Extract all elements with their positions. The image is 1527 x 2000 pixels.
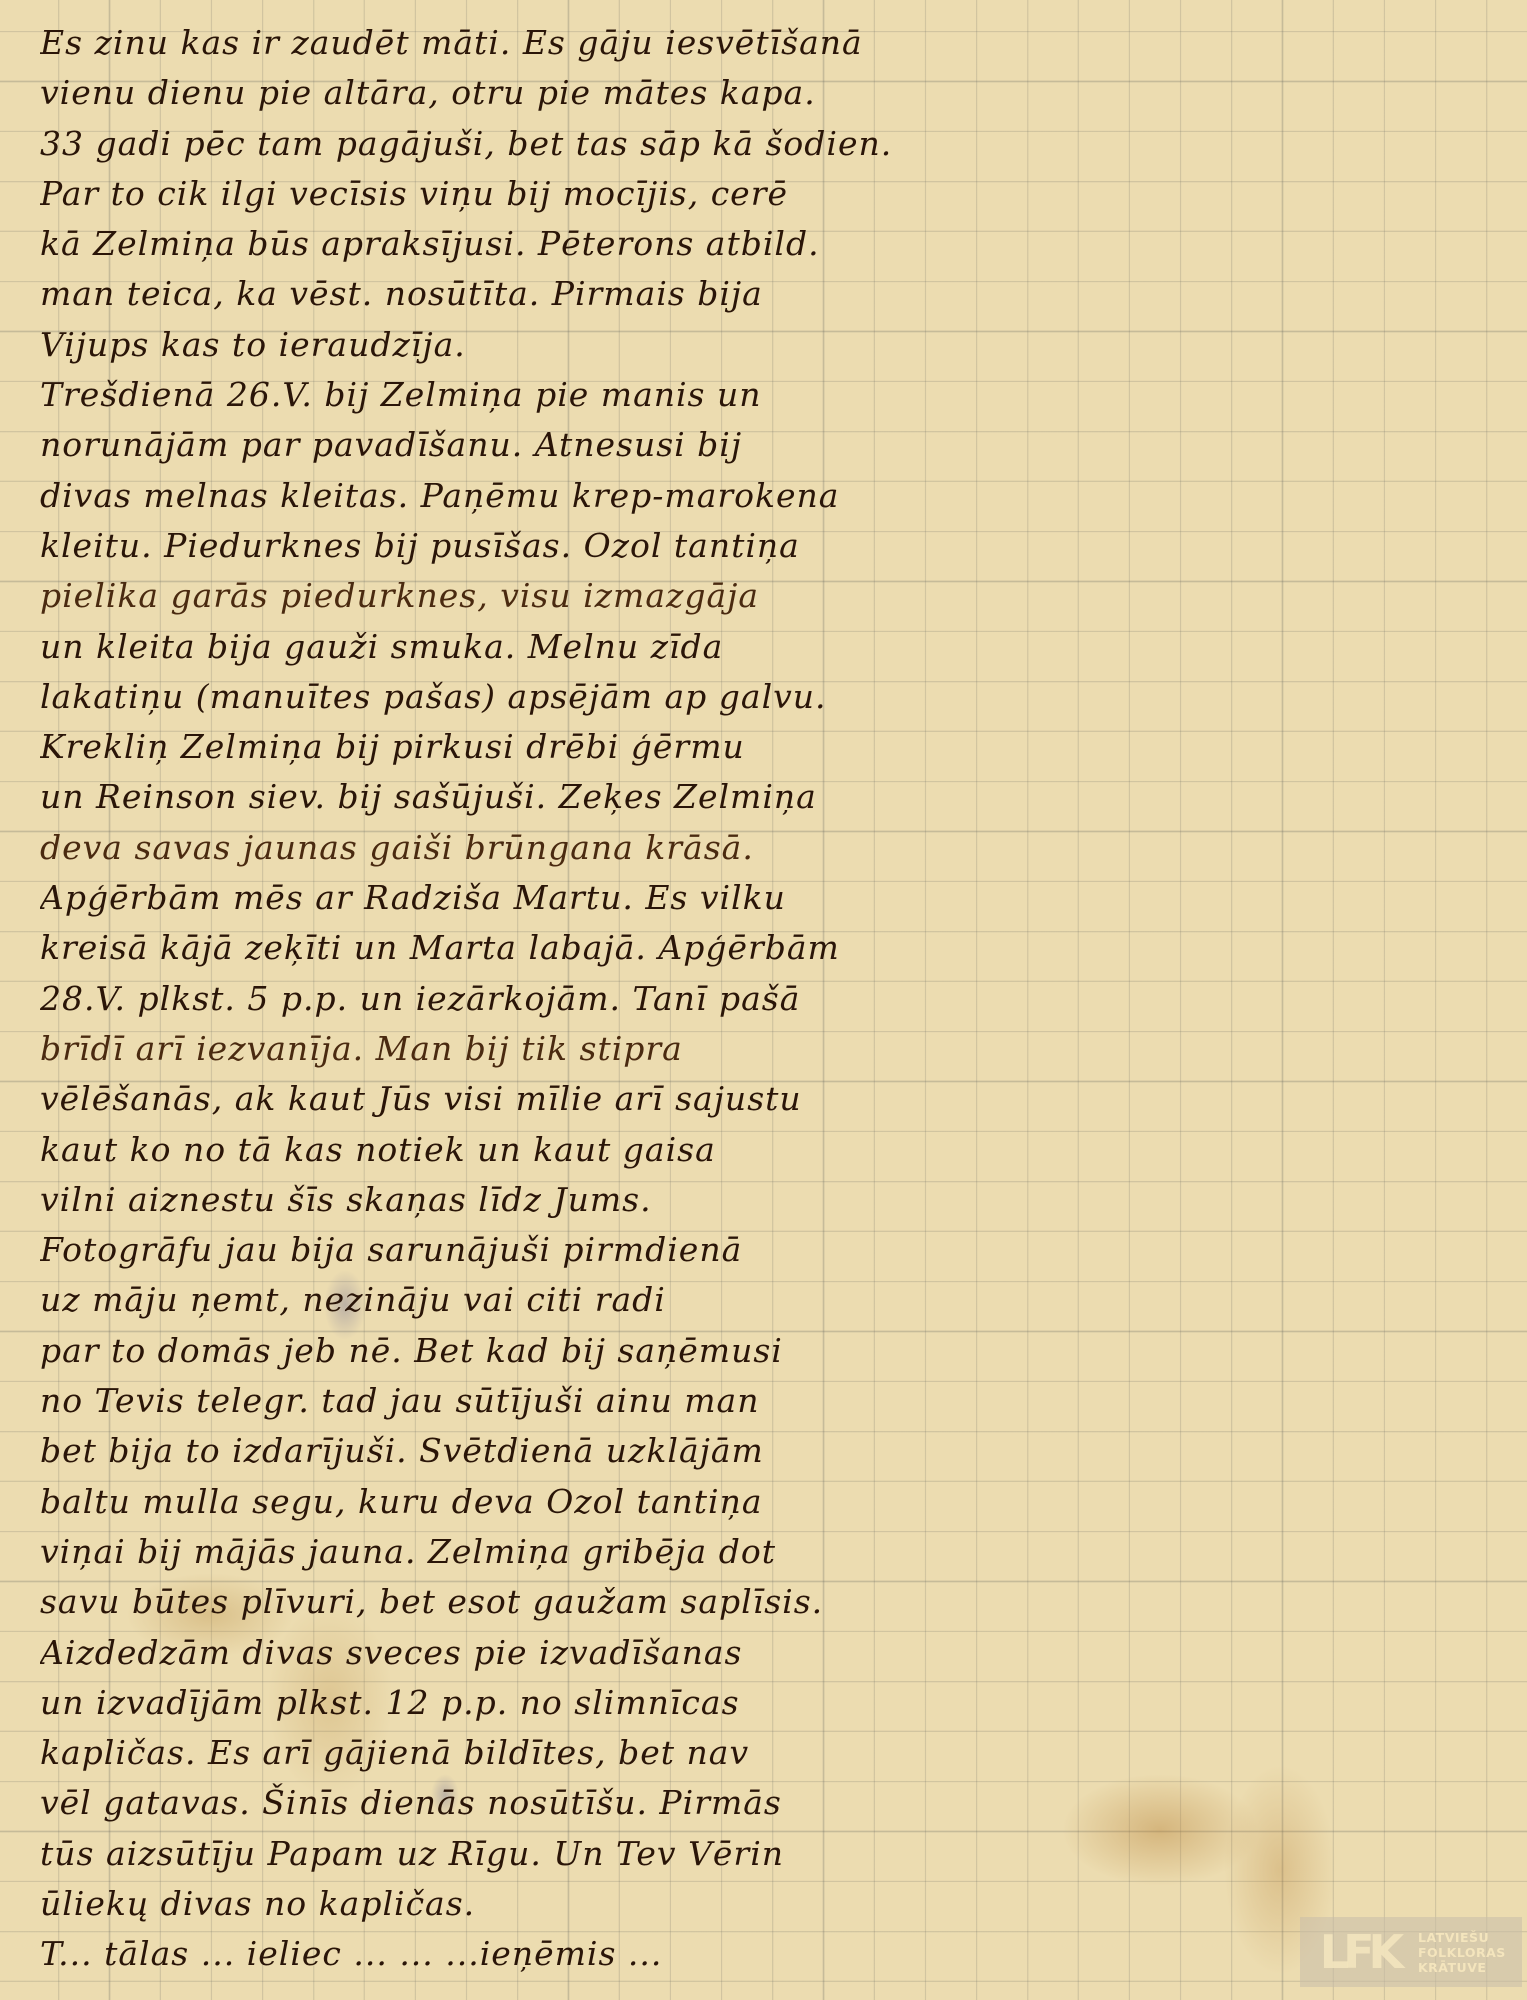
- text-line: savu būtes plīvuri, bet esot gaužam sapl…: [40, 1577, 1507, 1627]
- text-line: Krekliņ Zelmiņa bij pirkusi drēbi ģērmu: [40, 722, 1507, 772]
- handwritten-letter: Es zinu kas ir zaudēt māti. Es gāju iesv…: [40, 18, 1507, 1980]
- text-line: uz māju ņemt, nezināju vai citi radi: [40, 1275, 1507, 1325]
- text-line: 33 gadi pēc tam pagājuši, bet tas sāp kā…: [40, 119, 1507, 169]
- text-line: bet bija to izdarījuši. Svētdienā uzklāj…: [40, 1426, 1507, 1476]
- text-line: Aizdedzām divas sveces pie izvadīšanas: [40, 1628, 1507, 1678]
- text-line: man teica, ka vēst. nosūtīta. Pirmais bi…: [40, 269, 1507, 319]
- text-line: ūliekų divas no kapličas.: [40, 1879, 1507, 1929]
- text-line: tūs aizsūtīju Papam uz Rīgu. Un Tev Vēri…: [40, 1829, 1507, 1879]
- text-line: vilni aiznestu šīs skaņas līdz Jums.: [40, 1175, 1507, 1225]
- archive-watermark: LFK LATVIEŠU FOLKLORAS KRĀTUVE: [1300, 1917, 1522, 1987]
- watermark-text: LATVIEŠU FOLKLORAS KRĀTUVE: [1418, 1930, 1506, 1975]
- text-line: brīdī arī iezvanīja. Man bij tik stipra: [40, 1024, 1507, 1074]
- text-line: kleitu. Piedurknes bij pusīšas. Ozol tan…: [40, 521, 1507, 571]
- text-line: un Reinson siev. bij sašūjuši. Zeķes Zel…: [40, 772, 1507, 822]
- text-line: vēlēšanās, ak kaut Jūs visi mīlie arī sa…: [40, 1074, 1507, 1124]
- text-line: divas melnas kleitas. Paņēmu krep-maroke…: [40, 471, 1507, 521]
- text-line: kapličas. Es arī gājienā bildītes, bet n…: [40, 1728, 1507, 1778]
- text-line: deva savas jaunas gaiši brūngana krāsā.: [40, 823, 1507, 873]
- text-line: kā Zelmiņa būs apraksījusi. Pēterons atb…: [40, 219, 1507, 269]
- text-line: kreisā kājā zeķīti un Marta labajā. Apģē…: [40, 923, 1507, 973]
- text-line: T... tālas ... ieliec ... ... ...ieņēmis…: [40, 1929, 1507, 1979]
- text-line: un kleita bija gauži smuka. Melnu zīda: [40, 622, 1507, 672]
- text-line: vienu dienu pie altāra, otru pie mātes k…: [40, 68, 1507, 118]
- text-line: un izvadījām plkst. 12 p.p. no slimnīcas: [40, 1678, 1507, 1728]
- lfk-logo-icon: LFK: [1300, 1917, 1418, 1987]
- text-line: Vijups kas to ieraudzīja.: [40, 320, 1507, 370]
- text-line: Fotogrāfu jau bija sarunājuši pirmdienā: [40, 1225, 1507, 1275]
- watermark-line-1: LATVIEŠU: [1418, 1930, 1506, 1945]
- watermark-line-3: KRĀTUVE: [1418, 1960, 1506, 1975]
- text-line: Apģērbām mēs ar Radziša Martu. Es vilku: [40, 873, 1507, 923]
- text-line: no Tevis telegr. tad jau sūtījuši ainu m…: [40, 1376, 1507, 1426]
- text-line: pielika garās piedurknes, visu izmazgāja: [40, 571, 1507, 621]
- text-line: lakatiņu (manuītes pašas) apsējām ap gal…: [40, 672, 1507, 722]
- text-line: viņai bij mājās jauna. Zelmiņa gribēja d…: [40, 1527, 1507, 1577]
- text-line: Trešdienā 26.V. bij Zelmiņa pie manis un: [40, 370, 1507, 420]
- text-line: Es zinu kas ir zaudēt māti. Es gāju iesv…: [40, 18, 1507, 68]
- text-line: norunājām par pavadīšanu. Atnesusi bij: [40, 420, 1507, 470]
- text-line: baltu mulla segu, kuru deva Ozol tantiņa: [40, 1477, 1507, 1527]
- watermark-line-2: FOLKLORAS: [1418, 1945, 1506, 1960]
- text-line: 28.V. plkst. 5 p.p. un iezārkojām. Tanī …: [40, 974, 1507, 1024]
- text-line: vēl gatavas. Šinīs dienās nosūtīšu. Pirm…: [40, 1778, 1507, 1828]
- text-line: par to domās jeb nē. Bet kad bij saņēmus…: [40, 1326, 1507, 1376]
- text-line: kaut ko no tā kas notiek un kaut gaisa: [40, 1125, 1507, 1175]
- text-line: Par to cik ilgi vecīsis viņu bij mocījis…: [40, 169, 1507, 219]
